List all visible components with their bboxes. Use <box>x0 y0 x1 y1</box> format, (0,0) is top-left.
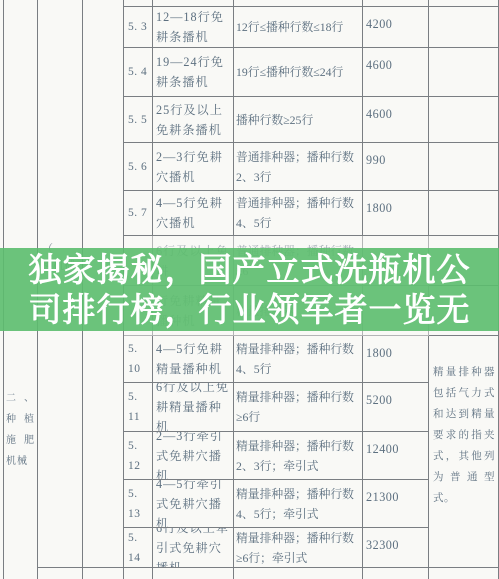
subsidy-amount: 12400 <box>363 432 429 480</box>
machine-spec: 精量排种器；播种行数4、5行；牵引式 <box>234 480 363 528</box>
row-number-text: 5. 7 <box>128 203 147 223</box>
machine-name: 4—5行牵引式免耕穴播机 <box>153 480 234 528</box>
remarks-note-cell: 精量排种器包括气力式和达到精量要求的指夹式，其他列为普通型式。 <box>429 336 499 568</box>
machine-spec: 普通排种器；播种行数2、3行 <box>234 143 363 191</box>
promo-banner-overlay: 独家揭秘，国产立式洗瓶机公 司排行榜，行业领军者一览无 <box>0 248 499 331</box>
row-number-text: 5. 11 <box>128 387 152 427</box>
row-number: 5. 6 <box>124 143 153 191</box>
machine-name-text: 4—5行免耕精量播种机 <box>156 339 231 379</box>
subsidy-amount: 1800 <box>363 336 429 383</box>
bottom-sliver-cell <box>38 568 83 579</box>
subsidy-amount-text: 4200 <box>366 17 392 31</box>
machine-name-text: 4—5行免耕穴播机 <box>156 193 231 233</box>
subsidy-amount: 32300 <box>363 528 429 568</box>
machine-spec: 普通排种器；播种行数4、5行 <box>234 191 363 236</box>
subsidy-amount-text: 32300 <box>366 538 399 552</box>
row-number-text: 5. 4 <box>128 62 147 82</box>
machine-name-text: 6行及以上牵引式免耕穴播机 <box>156 528 231 568</box>
group-label: 二、种植施肥机械 <box>4 0 37 472</box>
machine-spec: 播种行数≥25行 <box>234 97 363 143</box>
row-number-text: 5. 13 <box>128 484 152 524</box>
machine-name-text: 25行及以上免耕条播机 <box>156 100 231 140</box>
row-number: 5. 11 <box>124 383 153 432</box>
machine-name: 6行及以上免耕精量播种机 <box>153 383 234 432</box>
bottom-sliver-cell <box>153 568 234 579</box>
top-sliver-cell <box>363 0 429 7</box>
subsidy-amount: 5200 <box>363 383 429 432</box>
row-number: 5. 5 <box>124 97 153 143</box>
machine-name-text: 2—3行牵引式免耕穴播机 <box>156 432 231 480</box>
subsidy-amount-text: 990 <box>366 153 386 167</box>
machine-spec-text: 播种行数≥25行 <box>236 110 313 130</box>
remarks-empty-cell <box>429 191 499 236</box>
top-sliver-cell <box>234 0 363 7</box>
machine-spec-text: 精量排种器；播种行数2、3行；牵引式 <box>236 436 360 476</box>
subgroup-fragment-text: （ 种机械 <box>38 0 82 275</box>
machine-name-text: 2—3行免耕穴播机 <box>156 147 231 187</box>
machine-name-text: 4—5行牵引式免耕穴播机 <box>156 480 231 528</box>
row-number-text: 5. 10 <box>128 339 152 379</box>
remarks-empty-cell <box>429 48 499 97</box>
machine-spec-text: 精量排种器；播种行数≥6行；牵引式 <box>236 528 360 568</box>
subsidy-amount: 4600 <box>363 97 429 143</box>
machine-spec: 精量排种器；播种行数≥6行；牵引式 <box>234 528 363 568</box>
remarks-empty-cell <box>429 143 499 191</box>
subsidy-amount-text: 21300 <box>366 490 399 504</box>
machine-spec: 精量排种器；播种行数≥6行 <box>234 383 363 432</box>
subsidy-amount-text: 12400 <box>366 442 399 456</box>
bottom-sliver-cell <box>124 568 153 579</box>
top-sliver-cell <box>429 0 499 7</box>
row-number: 5. 12 <box>124 432 153 480</box>
remarks-empty-cell <box>429 7 499 48</box>
machine-name: 25行及以上免耕条播机 <box>153 97 234 143</box>
bottom-sliver-cell <box>83 568 124 579</box>
row-number: 5. 13 <box>124 480 153 528</box>
subsidy-amount: 990 <box>363 143 429 191</box>
subsidy-amount-text: 5200 <box>366 393 392 407</box>
subsidy-amount-text: 1800 <box>366 346 392 360</box>
row-number: 5. 4 <box>124 48 153 97</box>
row-number-text: 5. 14 <box>128 528 152 568</box>
machine-name: 6行及以上牵引式免耕穴播机 <box>153 528 234 568</box>
machine-name: 12—18行免耕条播机 <box>153 7 234 48</box>
subsidy-amount: 1800 <box>363 191 429 236</box>
machine-name: 2—3行牵引式免耕穴播机 <box>153 432 234 480</box>
machine-name-text: 19—24行免耕条播机 <box>156 52 231 92</box>
subsidy-amount: 4600 <box>363 48 429 97</box>
machine-spec: 19行≤播种行数≤24行 <box>234 48 363 97</box>
row-number-text: 5. 5 <box>128 110 147 130</box>
subsidy-amount-text: 4600 <box>366 107 392 121</box>
machine-spec: 精量排种器；播种行数4、5行 <box>234 336 363 383</box>
machine-name: 4—5行免耕穴播机 <box>153 191 234 236</box>
machine-spec-text: 精量排种器；播种行数4、5行 <box>236 339 360 379</box>
machine-spec-text: 精量排种器；播种行数4、5行；牵引式 <box>236 484 360 524</box>
machine-name: 19—24行免耕条播机 <box>153 48 234 97</box>
machine-name: 4—5行免耕精量播种机 <box>153 336 234 383</box>
machine-spec: 精量排种器；播种行数2、3行；牵引式 <box>234 432 363 480</box>
top-sliver-cell <box>124 0 153 7</box>
subsidy-amount-text: 4600 <box>366 58 392 72</box>
banner-title-line1: 独家揭秘，国产立式洗瓶机公 <box>29 250 471 290</box>
machine-spec-text: 精量排种器；播种行数≥6行 <box>236 387 360 427</box>
row-number: 5. 10 <box>124 336 153 383</box>
machine-spec-text: 19行≤播种行数≤24行 <box>236 62 343 82</box>
machine-spec: 12行≤播种行数≤18行 <box>234 7 363 48</box>
row-number: 5. 7 <box>124 191 153 236</box>
machine-spec-text: 普通排种器；播种行数2、3行 <box>236 147 360 187</box>
bottom-sliver-cell <box>429 568 499 579</box>
row-number-text: 5. 3 <box>128 17 147 37</box>
subsidy-amount: 4200 <box>363 7 429 48</box>
machine-spec-text: 12行≤播种行数≤18行 <box>236 17 343 37</box>
machine-name-text: 6行及以上免耕精量播种机 <box>156 383 231 432</box>
machine-name: 2—3行免耕穴播机 <box>153 143 234 191</box>
top-sliver-cell <box>153 0 234 7</box>
row-number-text: 5. 6 <box>128 157 147 177</box>
machine-name-text: 12—18行免耕条播机 <box>156 7 231 47</box>
remarks-empty-cell <box>429 97 499 143</box>
row-number: 5. 3 <box>124 7 153 48</box>
subsidy-amount: 21300 <box>363 480 429 528</box>
document-scan: 二、种植施肥机械 （ 种机械 精量排种器包括气力式和达到精量要求的指夹式，其他列… <box>0 0 499 579</box>
machine-spec-text: 普通排种器；播种行数4、5行 <box>236 193 360 233</box>
row-number-text: 5. 12 <box>128 436 152 476</box>
bottom-sliver-cell <box>234 568 363 579</box>
banner-title-line2: 司排行榜，行业领军者一览无 <box>29 290 471 330</box>
bottom-sliver-cell <box>363 568 429 579</box>
row-number: 5. 14 <box>124 528 153 568</box>
subsidy-amount-text: 1800 <box>366 201 392 215</box>
